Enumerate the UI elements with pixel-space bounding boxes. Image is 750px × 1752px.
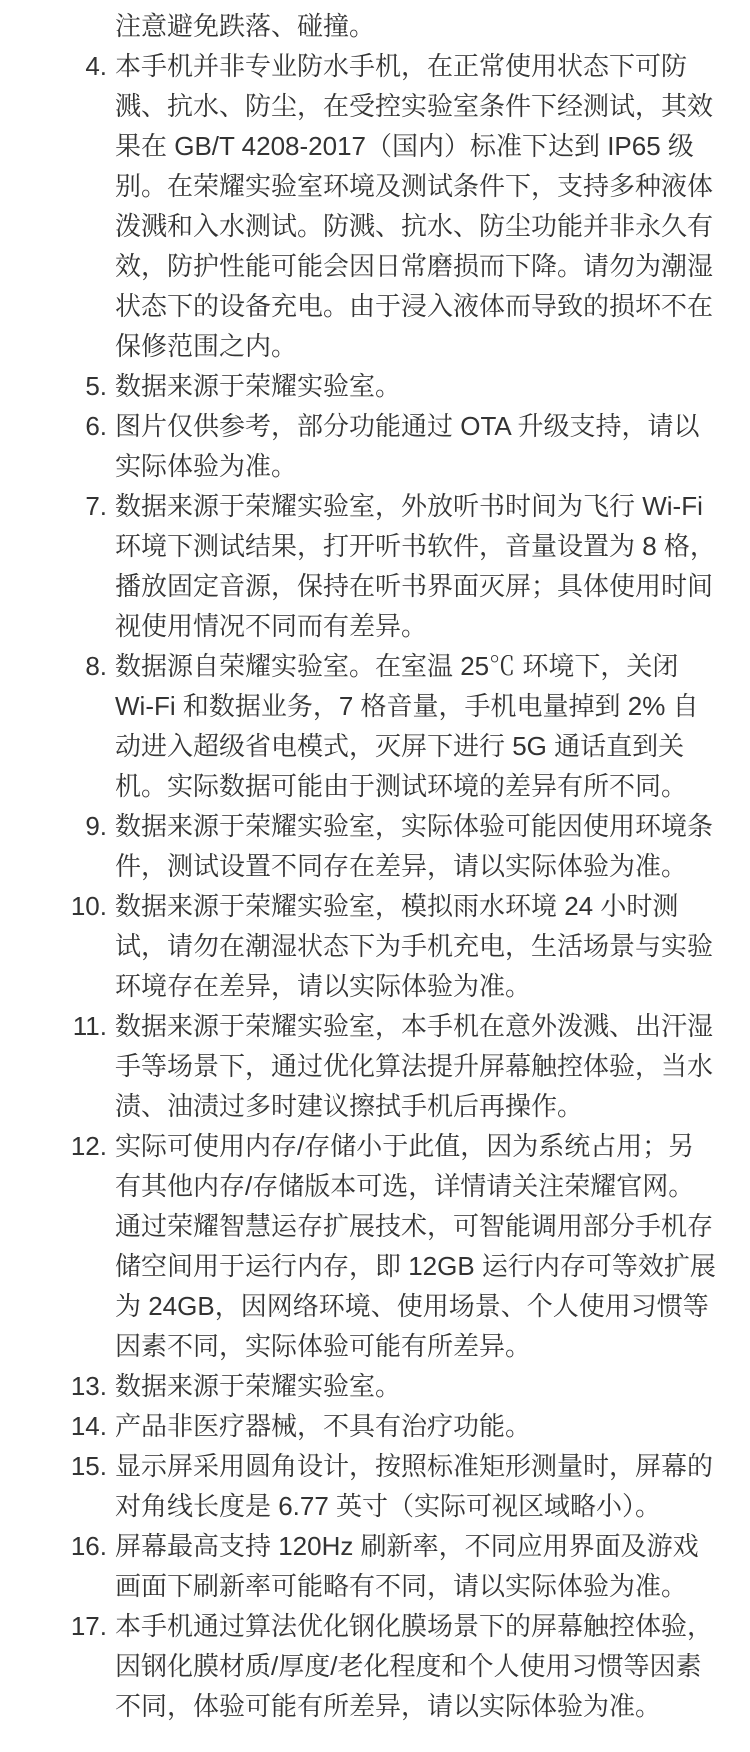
footnote-item-15: 15. 显示屏采用圆角设计，按照标准矩形测量时，屏幕的 对角线长度是 6.77 … [55,1446,740,1526]
footnote-number: 13. [55,1366,107,1406]
footnote-number: 12. [55,1126,107,1166]
footnote-text: 数据来源于荣耀实验室，实际体验可能因使用环境条 件，测试设置不同存在差异，请以实… [115,806,740,886]
footnote-number: 11. [55,1006,107,1046]
footnote-item-13: 13. 数据来源于荣耀实验室。 [55,1366,740,1406]
footnote-text: 数据来源于荣耀实验室，模拟雨水环境 24 小时测 试，请勿在潮湿状态下为手机充电… [115,886,740,1006]
footnote-text: 图片仅供参考，部分功能通过 OTA 升级支持，请以 实际体验为准。 [115,406,740,486]
footnote-number: 9. [55,806,107,846]
footnote-number: 7. [55,486,107,526]
footnote-item-7: 7. 数据来源于荣耀实验室，外放听书时间为飞行 Wi-Fi 环境下测试结果，打开… [55,486,740,646]
footnote-number: 8. [55,646,107,686]
footnote-text: 实际可使用内存/存储小于此值，因为系统占用；另 有其他内存/存储版本可选，详情请… [115,1126,740,1366]
footnote-number: 5. [55,366,107,406]
footnote-item-16: 16. 屏幕最高支持 120Hz 刷新率，不同应用界面及游戏 画面下刷新率可能略… [55,1526,740,1606]
footnote-number: 16. [55,1526,107,1566]
footnote-number: 17. [55,1606,107,1646]
footnote-text: 数据源自荣耀实验室。在室温 25℃ 环境下，关闭 Wi-Fi 和数据业务，7 格… [115,646,740,806]
footnote-text: 产品非医疗器械，不具有治疗功能。 [115,1406,740,1446]
footnote-3-continuation-text: 注意避免跌落、碰撞。 [55,6,740,46]
footnote-item-8: 8. 数据源自荣耀实验室。在室温 25℃ 环境下，关闭 Wi-Fi 和数据业务，… [55,646,740,806]
footnote-item-5: 5. 数据来源于荣耀实验室。 [55,366,740,406]
footnote-text: 屏幕最高支持 120Hz 刷新率，不同应用界面及游戏 画面下刷新率可能略有不同，… [115,1526,740,1606]
footnote-text: 显示屏采用圆角设计，按照标准矩形测量时，屏幕的 对角线长度是 6.77 英寸（实… [115,1446,740,1526]
footnote-number: 6. [55,406,107,446]
footnote-number: 14. [55,1406,107,1446]
footnote-text: 本手机并非专业防水手机，在正常使用状态下可防 溅、抗水、防尘，在受控实验室条件下… [115,46,740,366]
footnote-item-4: 4. 本手机并非专业防水手机，在正常使用状态下可防 溅、抗水、防尘，在受控实验室… [55,46,740,366]
footnote-number: 4. [55,46,107,86]
footnote-item-10: 10. 数据来源于荣耀实验室，模拟雨水环境 24 小时测 试，请勿在潮湿状态下为… [55,886,740,1006]
footnote-item-6: 6. 图片仅供参考，部分功能通过 OTA 升级支持，请以 实际体验为准。 [55,406,740,486]
footnote-text: 数据来源于荣耀实验室，外放听书时间为飞行 Wi-Fi 环境下测试结果，打开听书软… [115,486,740,646]
footnote-item-11: 11. 数据来源于荣耀实验室，本手机在意外泼溅、出汗湿 手等场景下，通过优化算法… [55,1006,740,1126]
footnote-text: 数据来源于荣耀实验室，本手机在意外泼溅、出汗湿 手等场景下，通过优化算法提升屏幕… [115,1006,740,1126]
footnote-number: 15. [55,1446,107,1486]
footnote-item-17: 17. 本手机通过算法优化钢化膜场景下的屏幕触控体验， 因钢化膜材质/厚度/老化… [55,1606,740,1726]
footnote-item-9: 9. 数据来源于荣耀实验室，实际体验可能因使用环境条 件，测试设置不同存在差异，… [55,806,740,886]
footnote-text: 数据来源于荣耀实验室。 [115,366,740,406]
footnote-item-12: 12. 实际可使用内存/存储小于此值，因为系统占用；另 有其他内存/存储版本可选… [55,1126,740,1366]
footnote-text: 本手机通过算法优化钢化膜场景下的屏幕触控体验， 因钢化膜材质/厚度/老化程度和个… [115,1606,740,1726]
disclaimer-footnotes-page: 注意避免跌落、碰撞。 4. 本手机并非专业防水手机，在正常使用状态下可防 溅、抗… [0,0,750,1752]
footnote-text: 数据来源于荣耀实验室。 [115,1366,740,1406]
footnote-number: 10. [55,886,107,926]
footnote-item-14: 14. 产品非医疗器械，不具有治疗功能。 [55,1406,740,1446]
